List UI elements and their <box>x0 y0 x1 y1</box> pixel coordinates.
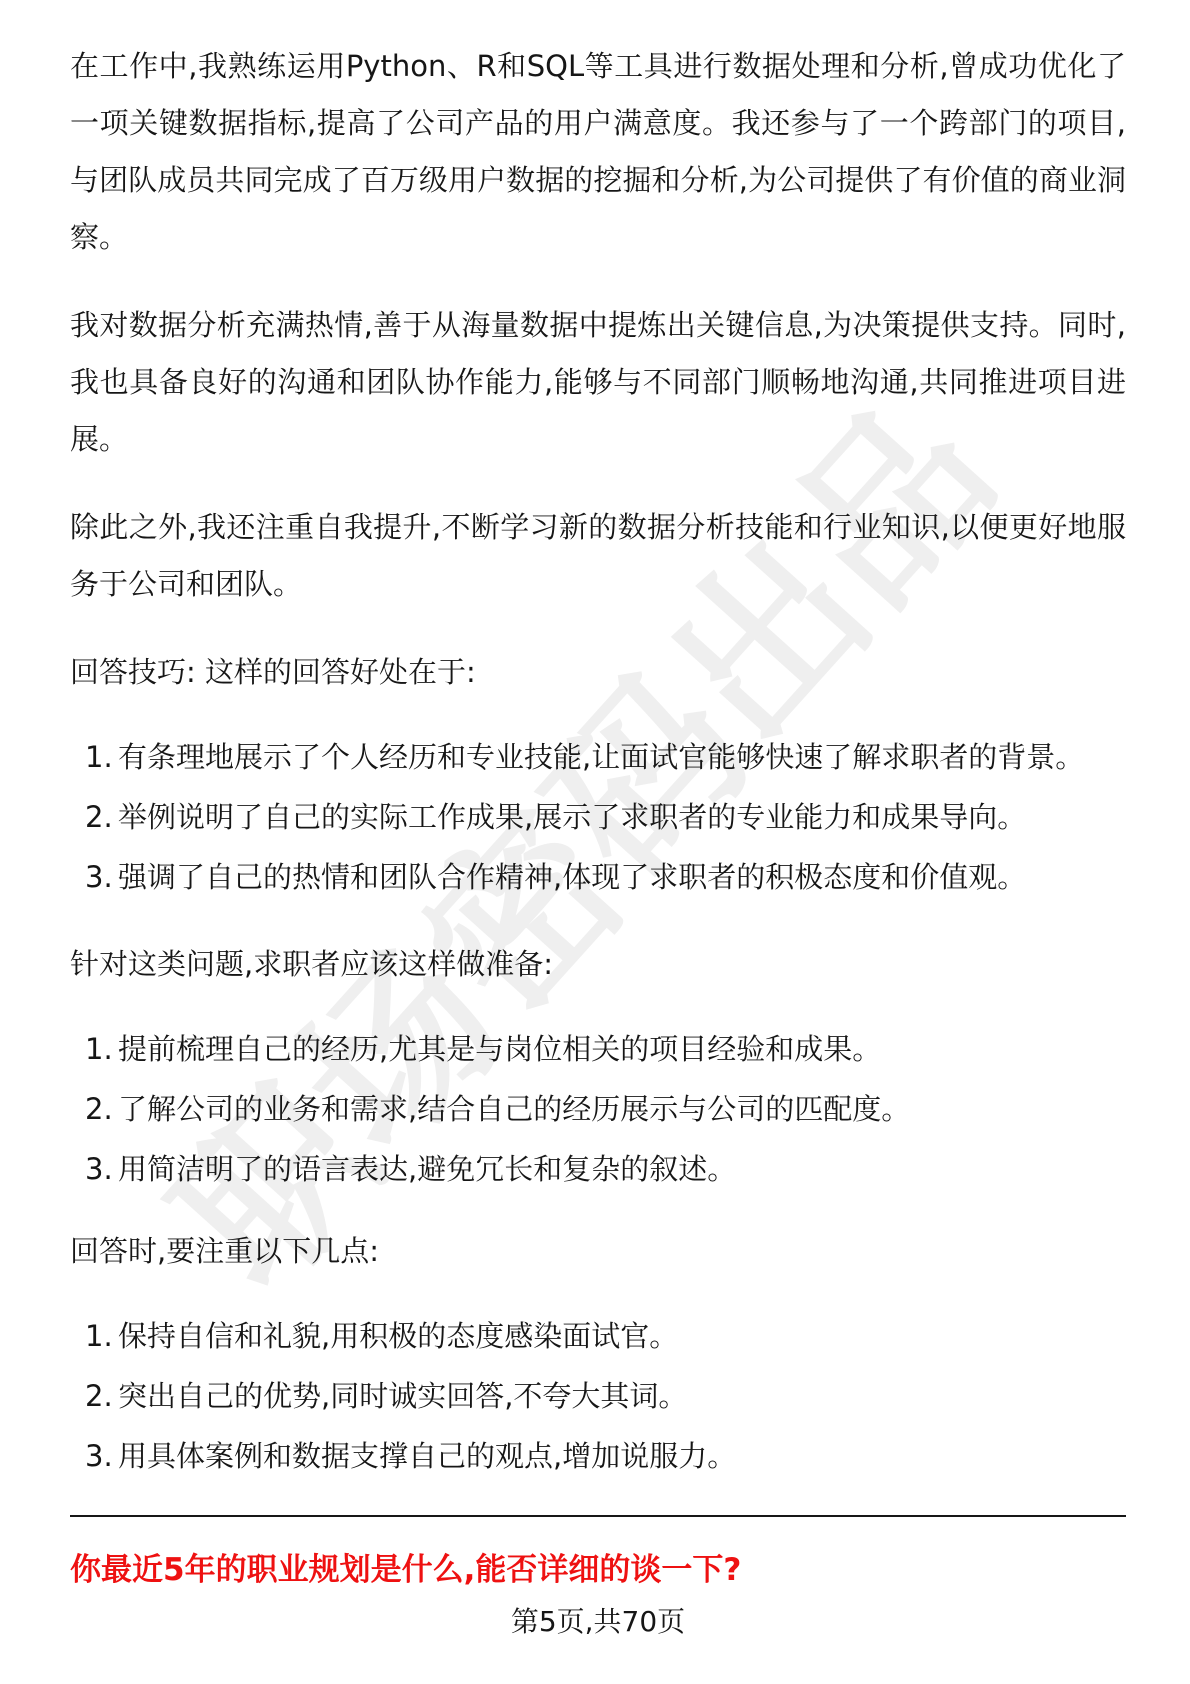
list-item-text: 突出自己的优势,同时诚实回答,不夸大其词。 <box>118 1368 1126 1425</box>
numbered-list-answer-benefits: 1. 有条理地展示了个人经历和专业技能,让面试官能够快速了解求职者的背景。 2.… <box>70 729 1126 906</box>
section-heading-answer-tips: 回答技巧: 这样的回答好处在于: <box>70 644 1126 701</box>
list-item-number: 2. <box>85 1368 118 1425</box>
page-content: 在工作中,我熟练运用Python、R和SQL等工具进行数据处理和分析,曾成功优化… <box>0 0 1190 1638</box>
list-item-text: 保持自信和礼貌,用积极的态度感染面试官。 <box>118 1308 1126 1365</box>
list-item-text: 有条理地展示了个人经历和专业技能,让面试官能够快速了解求职者的背景。 <box>118 729 1126 786</box>
next-question-heading: 你最近5年的职业规划是什么,能否详细的谈一下? <box>70 1542 1126 1599</box>
list-item-text: 用简洁明了的语言表达,避免冗长和复杂的叙述。 <box>118 1141 1126 1198</box>
list-item: 1. 有条理地展示了个人经历和专业技能,让面试官能够快速了解求职者的背景。 <box>70 729 1126 786</box>
list-item-number: 1. <box>85 1308 118 1365</box>
list-item-number: 3. <box>85 1141 118 1198</box>
section-divider <box>70 1515 1126 1517</box>
list-item: 2. 举例说明了自己的实际工作成果,展示了求职者的专业能力和成果导向。 <box>70 789 1126 846</box>
list-item: 3. 用具体案例和数据支撑自己的观点,增加说服力。 <box>70 1428 1126 1485</box>
list-item-number: 1. <box>85 729 118 786</box>
numbered-list-answering-points: 1. 保持自信和礼貌,用积极的态度感染面试官。 2. 突出自己的优势,同时诚实回… <box>70 1308 1126 1485</box>
list-item: 1. 提前梳理自己的经历,尤其是与岗位相关的项目经验和成果。 <box>70 1021 1126 1078</box>
list-item-text: 提前梳理自己的经历,尤其是与岗位相关的项目经验和成果。 <box>118 1021 1126 1078</box>
body-paragraph: 我对数据分析充满热情,善于从海量数据中提炼出关键信息,为决策提供支持。同时,我也… <box>70 297 1126 468</box>
list-item-number: 3. <box>85 849 118 906</box>
list-item-number: 2. <box>85 789 118 846</box>
list-item: 2. 突出自己的优势,同时诚实回答,不夸大其词。 <box>70 1368 1126 1425</box>
numbered-list-preparation-steps: 1. 提前梳理自己的经历,尤其是与岗位相关的项目经验和成果。 2. 了解公司的业… <box>70 1021 1126 1198</box>
list-item: 3. 强调了自己的热情和团队合作精神,体现了求职者的积极态度和价值观。 <box>70 849 1126 906</box>
list-item-text: 举例说明了自己的实际工作成果,展示了求职者的专业能力和成果导向。 <box>118 789 1126 846</box>
page-footer: 第5页,共70页 <box>70 1605 1126 1638</box>
list-item-text: 用具体案例和数据支撑自己的观点,增加说服力。 <box>118 1428 1126 1485</box>
list-item-text: 强调了自己的热情和团队合作精神,体现了求职者的积极态度和价值观。 <box>118 849 1126 906</box>
body-paragraph: 除此之外,我还注重自我提升,不断学习新的数据分析技能和行业知识,以便更好地服务于… <box>70 499 1126 613</box>
list-item: 3. 用简洁明了的语言表达,避免冗长和复杂的叙述。 <box>70 1141 1126 1198</box>
list-item-number: 1. <box>85 1021 118 1078</box>
list-item-text: 了解公司的业务和需求,结合自己的经历展示与公司的匹配度。 <box>118 1081 1126 1138</box>
section-heading-answering-points: 回答时,要注重以下几点: <box>70 1223 1126 1280</box>
list-item-number: 2. <box>85 1081 118 1138</box>
section-heading-preparation: 针对这类问题,求职者应该这样做准备: <box>70 936 1126 993</box>
body-paragraph: 在工作中,我熟练运用Python、R和SQL等工具进行数据处理和分析,曾成功优化… <box>70 38 1126 266</box>
document-page: 职场密码出品 在工作中,我熟练运用Python、R和SQL等工具进行数据处理和分… <box>0 0 1190 1684</box>
list-item-number: 3. <box>85 1428 118 1485</box>
list-item: 1. 保持自信和礼貌,用积极的态度感染面试官。 <box>70 1308 1126 1365</box>
list-item: 2. 了解公司的业务和需求,结合自己的经历展示与公司的匹配度。 <box>70 1081 1126 1138</box>
